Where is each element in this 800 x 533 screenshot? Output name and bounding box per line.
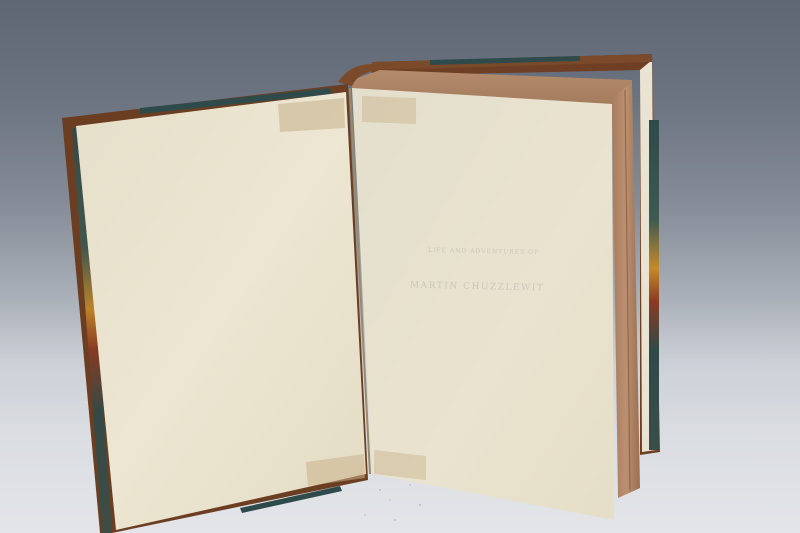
paper-crumbs	[364, 484, 421, 521]
book-illustration	[0, 0, 800, 533]
tape-stain	[362, 96, 416, 124]
tape-stain	[278, 98, 345, 132]
